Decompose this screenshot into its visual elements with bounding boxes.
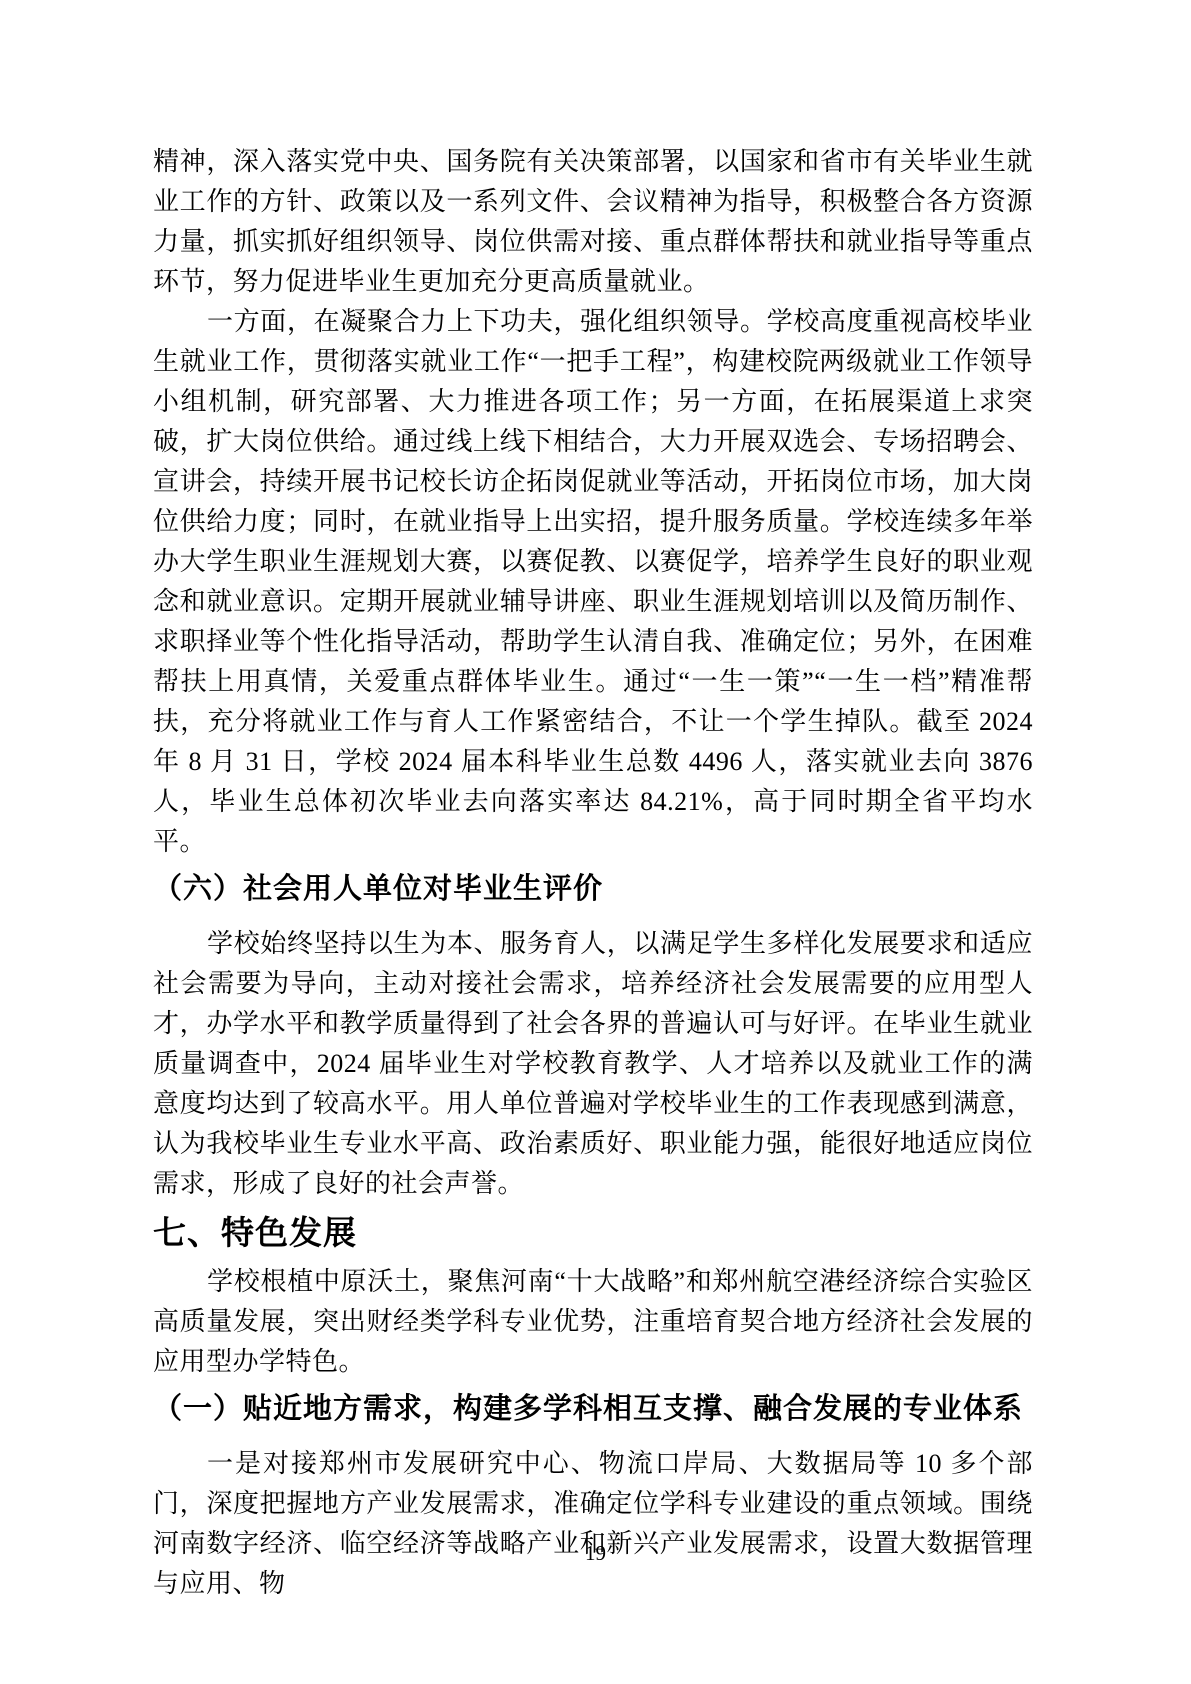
document-page: 精神，深入落实党中央、国务院有关决策部署，以国家和省市有关毕业生就业工作的方针、… (0, 0, 1191, 1684)
section-heading-one-local-needs: （一）贴近地方需求，构建多学科相互支撑、融合发展的专业体系 (153, 1386, 1033, 1432)
page-content: 精神，深入落实党中央、国务院有关决策部署，以国家和省市有关毕业生就业工作的方针、… (153, 142, 1033, 1604)
body-paragraph-continued: 精神，深入落实党中央、国务院有关决策部署，以国家和省市有关毕业生就业工作的方针、… (153, 142, 1033, 302)
body-paragraph-employment-measures: 一方面，在凝聚合力上下功夫，强化组织领导。学校高度重视高校毕业生就业工作，贯彻落… (153, 302, 1033, 862)
chapter-heading-seven-distinctive-development: 七、特色发展 (153, 1206, 1033, 1260)
body-paragraph-feature-intro: 学校根植中原沃土，聚焦河南“十大战略”和郑州航空港经济综合实验区高质量发展，突出… (153, 1262, 1033, 1382)
body-paragraph-employer-evaluation: 学校始终坚持以生为本、服务育人，以满足学生多样化发展要求和适应社会需要为导向，主… (153, 924, 1033, 1204)
section-heading-six-employer-evaluation: （六）社会用人单位对毕业生评价 (153, 866, 1033, 912)
page-number: 19 (0, 1540, 1191, 1566)
body-paragraph-local-needs: 一是对接郑州市发展研究中心、物流口岸局、大数据局等 10 多个部门，深度把握地方… (153, 1444, 1033, 1604)
